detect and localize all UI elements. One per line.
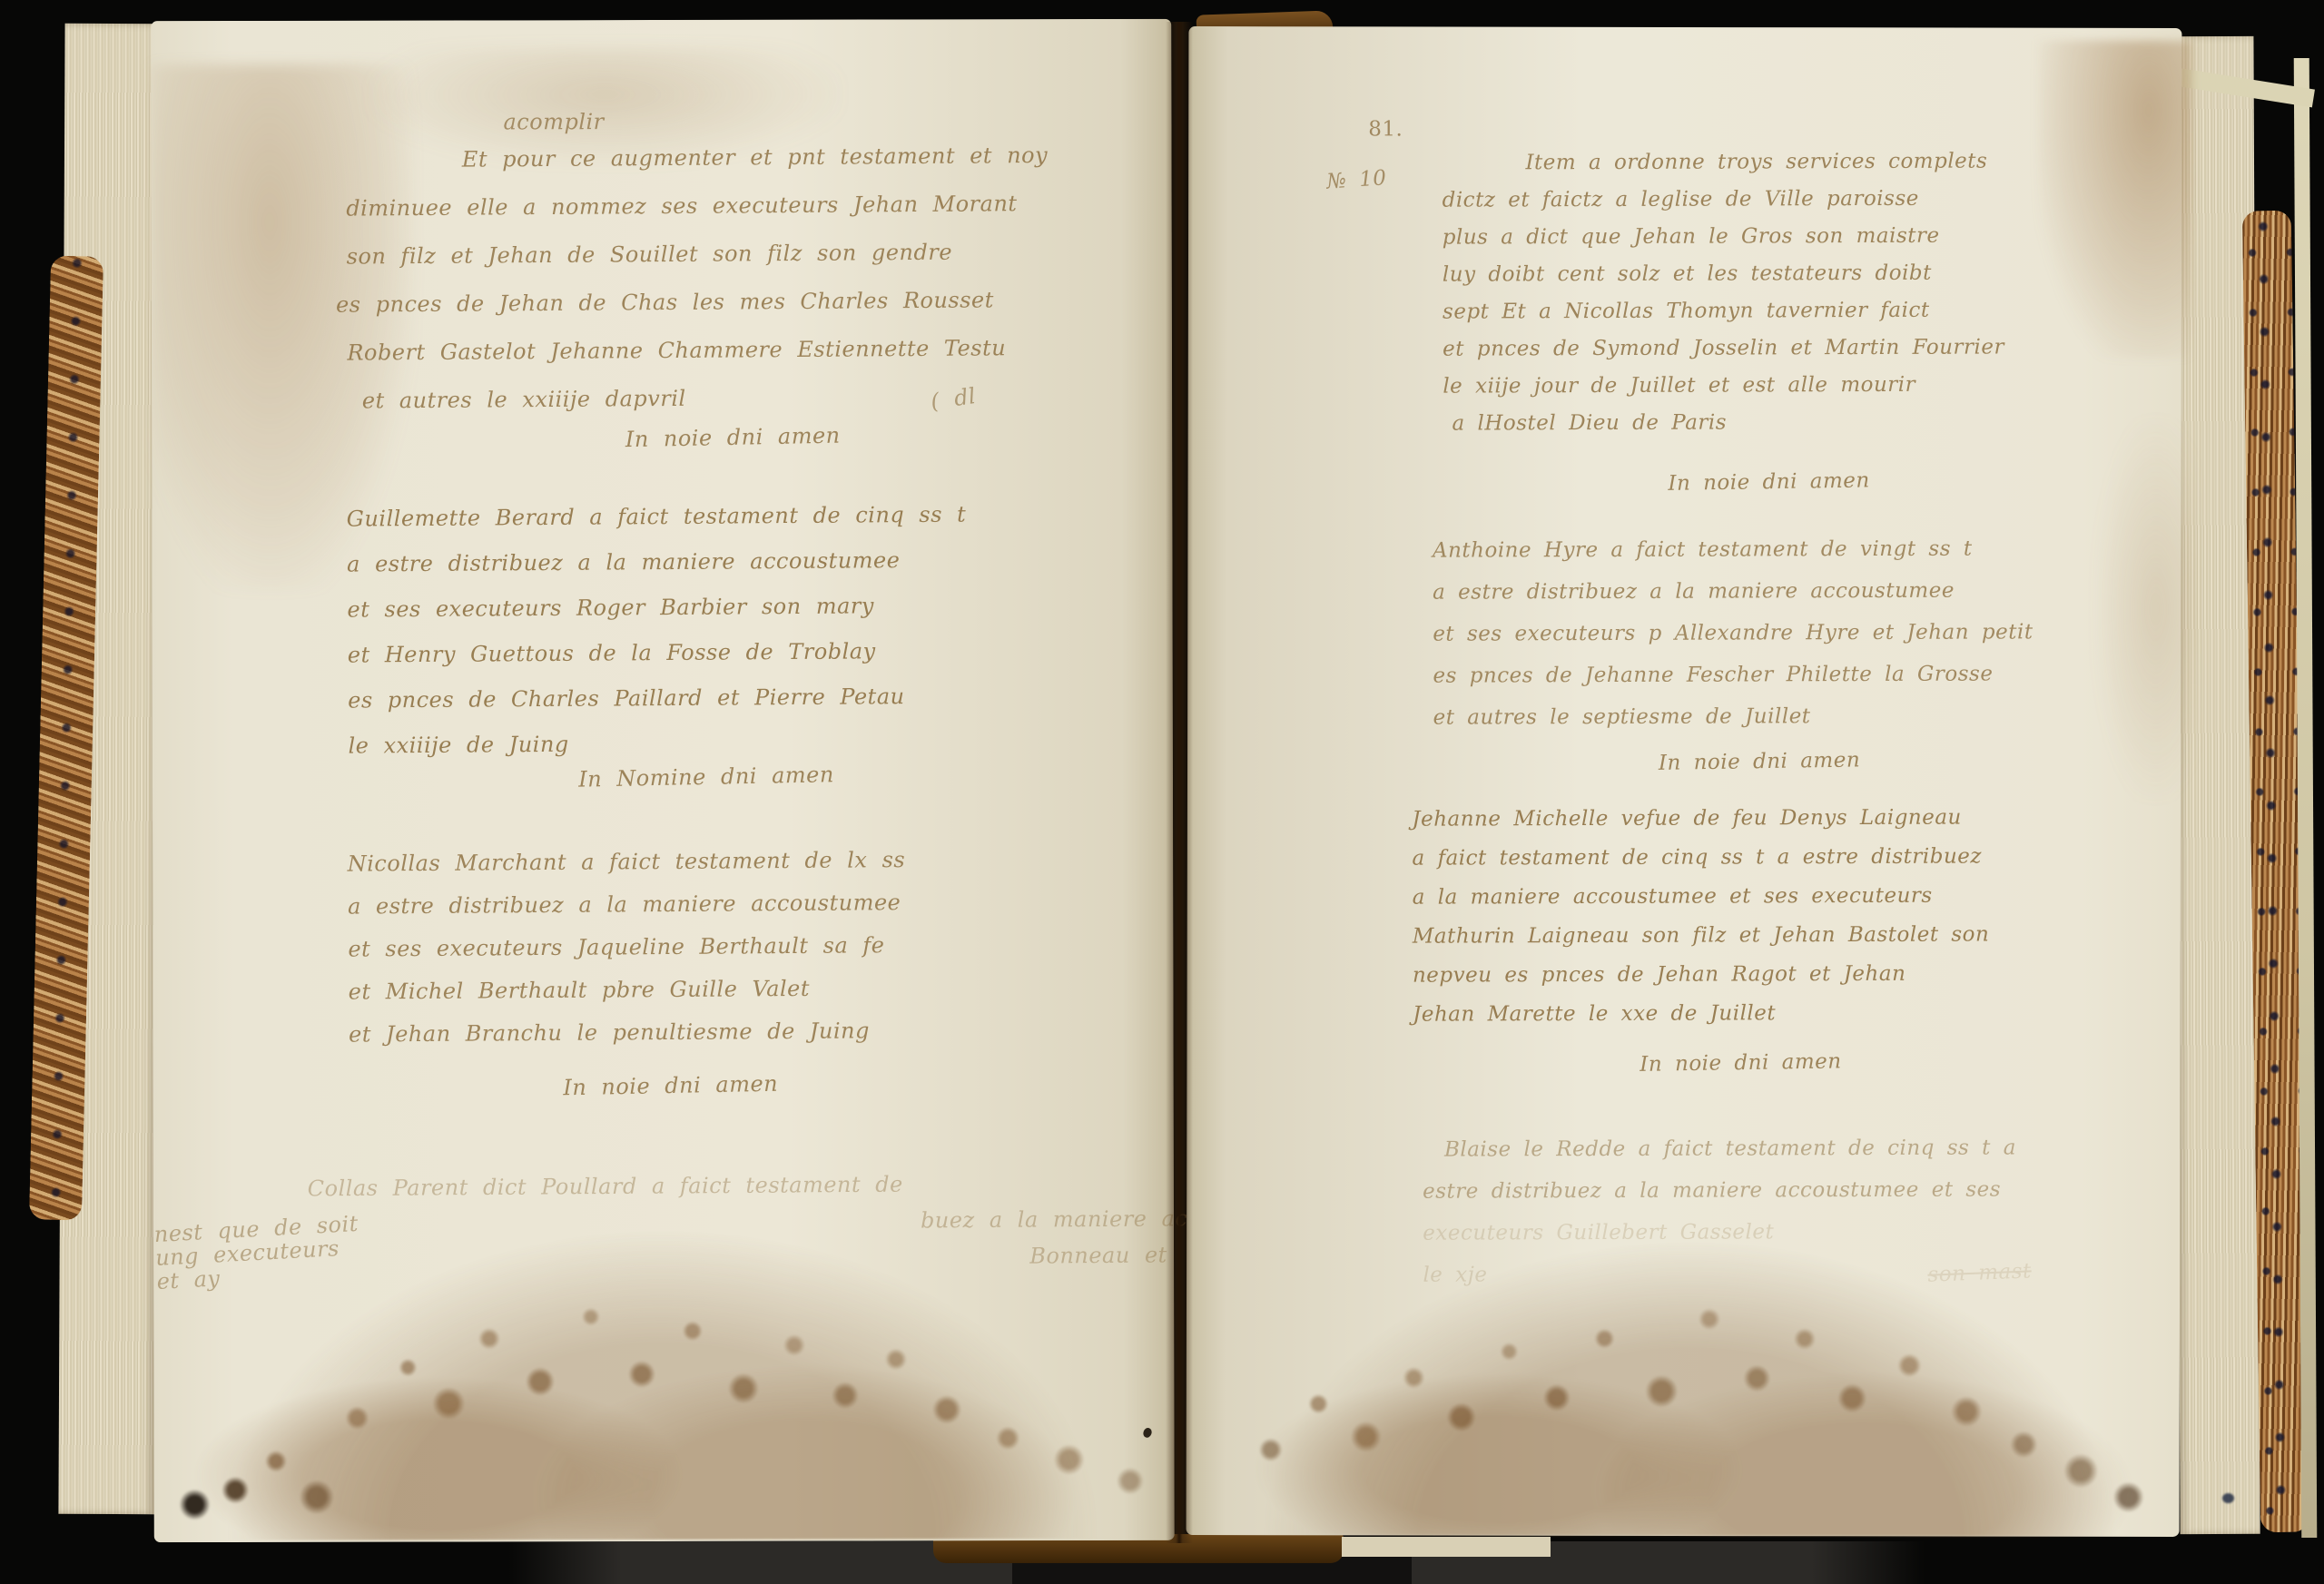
manuscript-line: Item a ordonne troys services complets [1525,143,2168,182]
manuscript-line: es pnces de Jehan de Chas les mes Charle… [336,276,1000,329]
section-header: In noie dni amen [1478,745,2041,778]
manuscript-line: es pnces de Jehanne Fescher Philette la … [1433,653,2177,697]
section-header: In noie dni amen [1487,466,2050,498]
manuscript-line: a lHostel Dieu de Paris [1452,403,2169,443]
manuscript-line: Robert Gastelot Jehanne Chammere Estienn… [347,324,1000,377]
testament-entry: Nicollas Marchant a faict testament de l… [348,838,1003,1056]
manuscript-line: es pnces de Charles Paillard et Pierre P… [348,673,1001,723]
manuscript-line: son filz et Jehan de Souillet son filz s… [346,228,1000,280]
manuscript-line: et ses executeurs p Allexandre Hyre et J… [1433,611,2177,655]
manuscript-line: plus a dict que Jehan le Gros son maistr… [1443,217,2169,257]
manuscript-line: a estre distribuez a la maniere accoustu… [348,881,1001,928]
manuscript-line: estre distribuez a la maniere accoustume… [1423,1168,2185,1213]
manuscript-line: Nicollas Marchant a faict testament de l… [348,838,1001,885]
manuscript-line: et Henry Guettous de la Fosse de Troblay [348,627,1001,677]
section-header: In noie dni amen [389,1067,951,1104]
interline-correction: acomplir [503,109,604,134]
testament-entry: Item a ordonne troys services complets d… [1442,143,2169,443]
manuscript-line: Jehanne Michelle vefue de feu Denys Laig… [1412,798,2174,840]
manuscript-line: a estre distribuez a la maniere accoustu… [1433,569,2177,614]
manuscript-line: et pnces de Symond Josselin et Martin Fo… [1443,329,2169,369]
manuscript-line: Anthoine Hyre a faict testament de vingt… [1433,527,2177,572]
testament-entry: Jehanne Michelle vefue de feu Denys Laig… [1412,798,2175,1035]
testament-entry: Anthoine Hyre a faict testament de vingt… [1433,527,2178,739]
right-page: 81. № 10 Item a ordonne troys services c… [1187,26,2182,1537]
manuscript-line: Jehan Marette le xxe de Juillet [1413,993,2175,1035]
manuscript-line: sept Et a Nicollas Thomyn tavernier faic… [1443,291,2169,331]
manuscript-line: et Michel Berthault pbre Guille Valet [349,966,1002,1013]
manuscript-line: et ses executeurs Jaqueline Berthault sa… [348,923,1001,970]
testament-entry: Et pour ce augmenter et pnt testament et… [346,132,1001,425]
folio-number: 81. [1368,117,1403,141]
manuscript-line: et ses executeurs Roger Barbier son mary [347,582,1000,632]
folio-annotation: № 10 [1325,166,1387,193]
manuscript-line: nepveu es pnces de Jehan Ragot et Jehan [1413,954,2175,996]
manuscript-line: et autres le xxiiije dapvril [362,372,1001,425]
manuscript-line: a estre distribuez a la maniere accoustu… [347,536,1000,586]
manuscript-line: diminuee elle a nommez ses executeurs Je… [346,180,1000,232]
page-tail-edge [1342,1537,1551,1557]
gutter-shadow [1166,22,1193,1543]
manuscript-line: dictz et faictz a leglise de Ville paroi… [1443,180,2169,220]
photo-background: acomplir Et pour ce augmenter et pnt tes… [0,0,2324,1584]
foxing-stains [153,1179,1171,1540]
foxing-stains [1214,1206,2168,1537]
manuscript-line: luy doibt cent solz et les testateurs do… [1443,254,2169,294]
left-page: acomplir Et pour ce augmenter et pnt tes… [151,19,1175,1542]
manuscript-line: Blaise le Redde a faict testament de cin… [1444,1127,2185,1171]
section-header: In noie dni amen [1459,1047,2022,1079]
manuscript-line: Et pour ce augmenter et pnt testament et… [462,132,1000,183]
manuscript-line: et Jehan Branchu le penultiesme de Juing [349,1008,1002,1056]
manuscript-line: le xiije jour de Juillet et est alle mou… [1443,366,2169,406]
manuscript-line: et autres le septiesme de Juillet [1433,694,2178,739]
manuscript-line: Guillemette Berard a faict testament de … [347,491,1000,541]
section-header: In noie dni amen [451,419,1014,456]
manuscript-line: a faict testament de cinq ss t a estre d… [1412,837,2174,879]
ink-dot [2222,1493,2234,1503]
manuscript-line: Mathurin Laigneau son filz et Jehan Bast… [1413,915,2175,957]
testament-entry: Guillemette Berard a faict testament de … [347,491,1002,768]
manuscript-line: a la maniere accoustumee et ses executeu… [1413,876,2175,918]
